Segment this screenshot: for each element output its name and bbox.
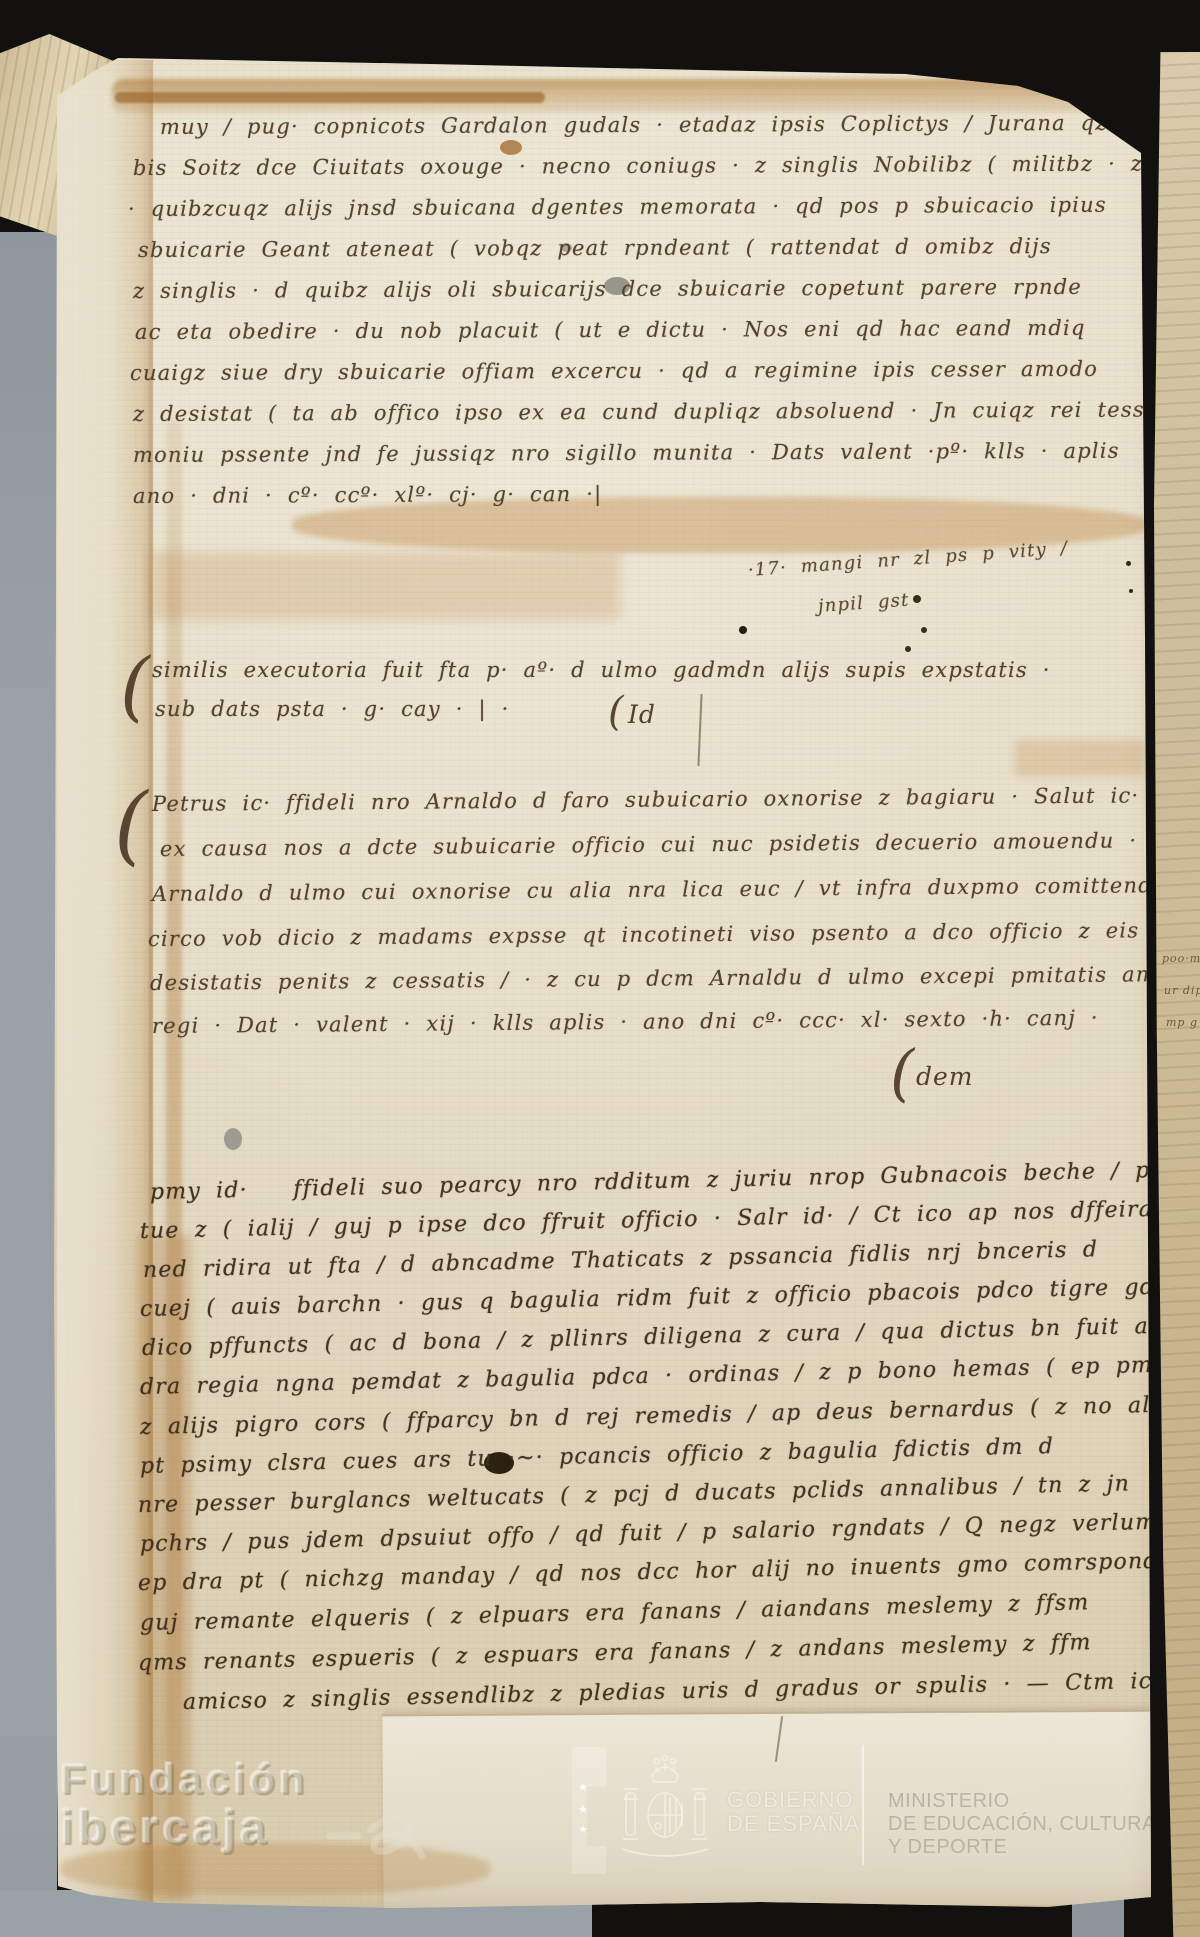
corner-dots-mark: ∴ — [1098, 56, 1107, 69]
page-top-mark: ſſ — [573, 32, 587, 47]
manuscript-page: ſſ ∴ muy / pug· copnicots Gardalon gudal… — [0, 0, 1200, 1937]
archival-photo-stage: ſſ ∴ muy / pug· copnicots Gardalon gudal… — [0, 0, 1200, 1937]
adjacent-folio-text-fragment: mp g — [1166, 1016, 1198, 1029]
backdrop-gray-left — [0, 232, 57, 1937]
adjacent-folio-text-fragment: ur dip — [1164, 984, 1200, 997]
adjacent-folio-text-fragment: poo·m — [1162, 952, 1200, 965]
page-edge-shading — [0, 0, 1200, 1937]
